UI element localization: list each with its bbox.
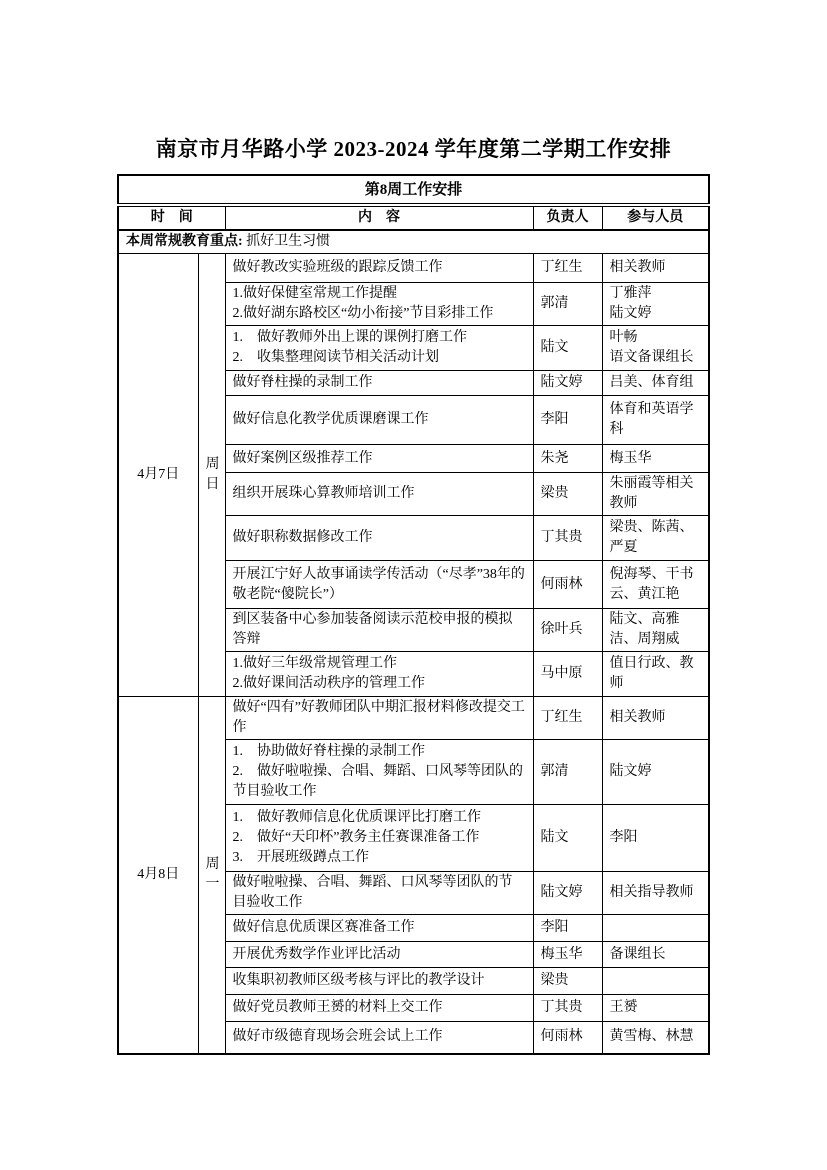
responsible-cell: 陆文 [533,805,602,872]
participants-cell: 相关教师 [602,254,709,283]
responsible-cell: 梁贵 [533,968,602,995]
column-header-responsible: 负责人 [533,205,602,230]
participants-cell: 黄雪梅、林慧 [602,1022,709,1054]
task-cell: 做好教改实验班级的跟踪反馈工作 [225,254,533,283]
task-cell: 做好“四有”好教师团队中期汇报材料修改提交工作 [225,697,533,740]
date-cell: 4月8日 [118,697,198,1054]
weekly-focus-text: 抓好卫生习惯 [246,234,330,249]
responsible-cell: 郭清 [533,283,602,326]
responsible-cell: 陆文婷 [533,872,602,915]
task-cell: 做好党员教师王赟的材料上交工作 [225,995,533,1022]
task-cell: 做好信息优质课区赛准备工作 [225,915,533,942]
task-cell: 到区装备中心参加装备阅读示范校申报的模拟答辩 [225,609,533,652]
responsible-cell: 徐叶兵 [533,609,602,652]
responsible-cell: 李阳 [533,915,602,942]
responsible-cell: 梅玉华 [533,942,602,968]
responsible-cell: 李阳 [533,396,602,445]
weekly-schedule-table: 第8周工作安排 时 间 内 容 负责人 参与人员 本周常规教育重点: 抓好卫生习… [117,174,710,1055]
task-cell: 开展优秀数学作业评比活动 [225,942,533,968]
participants-cell: 梁贵、陈茜、严夏 [602,516,709,561]
participants-cell: 陆文婷 [602,740,709,805]
weekday-cell: 周 一 [198,697,225,1054]
task-cell: 1. 做好教师外出上课的课例打磨工作 2. 收集整理阅读节相关活动计划 [225,326,533,371]
participants-cell: 相关指导教师 [602,872,709,915]
responsible-cell: 丁其贵 [533,516,602,561]
responsible-cell: 陆文 [533,326,602,371]
task-row: 4月7日 周 日 做好教改实验班级的跟踪反馈工作 丁红生 相关教师 [118,254,709,283]
responsible-cell: 丁红生 [533,254,602,283]
participants-cell: 吕美、体育组 [602,371,709,396]
task-row: 4月8日 周 一 做好“四有”好教师团队中期汇报材料修改提交工作 丁红生 相关教… [118,697,709,740]
task-cell: 做好案例区级推荐工作 [225,445,533,473]
responsible-cell: 陆文婷 [533,371,602,396]
participants-cell [602,915,709,942]
weekly-focus-cell: 本周常规教育重点: 抓好卫生习惯 [118,230,709,254]
page-title: 南京市月华路小学 2023-2024 学年度第二学期工作安排 [0,0,827,174]
responsible-cell: 丁其贵 [533,995,602,1022]
column-header-time: 时 间 [118,205,225,230]
participants-cell: 朱丽霞等相关教师 [602,473,709,516]
date-cell: 4月7日 [118,254,198,697]
participants-cell: 王赟 [602,995,709,1022]
participants-cell: 李阳 [602,805,709,872]
participants-cell: 备课组长 [602,942,709,968]
task-cell: 做好市级德育现场会班会试上工作 [225,1022,533,1054]
task-cell: 1. 做好教师信息化优质课评比打磨工作 2. 做好“天印杯”教务主任赛课准备工作… [225,805,533,872]
participants-cell: 叶畅 语文备课组长 [602,326,709,371]
responsible-cell: 马中原 [533,652,602,697]
participants-cell: 体育和英语学科 [602,396,709,445]
task-cell: 1.做好三年级常规管理工作 2.做好课间活动秩序的管理工作 [225,652,533,697]
responsible-cell: 何雨林 [533,561,602,609]
task-cell: 收集职初教师区级考核与评比的教学设计 [225,968,533,995]
task-cell: 组织开展珠心算教师培训工作 [225,473,533,516]
task-cell: 1. 协助做好脊柱操的录制工作 2. 做好啦啦操、合唱、舞蹈、口风琴等团队的节目… [225,740,533,805]
column-header-participants: 参与人员 [602,205,709,230]
task-cell: 开展江宁好人故事诵读学传活动（“尽孝”38年的敬老院“傻院长”） [225,561,533,609]
task-cell: 做好职称数据修改工作 [225,516,533,561]
weekday-cell: 周 日 [198,254,225,697]
responsible-cell: 郭清 [533,740,602,805]
column-header-row: 时 间 内 容 负责人 参与人员 [118,205,709,230]
participants-cell: 丁雅萍 陆文婷 [602,283,709,326]
task-cell: 做好信息化教学优质课磨课工作 [225,396,533,445]
participants-cell: 梅玉华 [602,445,709,473]
weekly-focus-row: 本周常规教育重点: 抓好卫生习惯 [118,230,709,254]
participants-cell: 值日行政、教师 [602,652,709,697]
table-title: 第8周工作安排 [118,175,709,205]
participants-cell: 倪海琴、干书云、黄江艳 [602,561,709,609]
weekly-focus-label: 本周常规教育重点: [126,234,243,249]
table-title-row: 第8周工作安排 [118,175,709,205]
responsible-cell: 朱尧 [533,445,602,473]
responsible-cell: 梁贵 [533,473,602,516]
column-header-content: 内 容 [225,205,533,230]
participants-cell [602,968,709,995]
task-cell: 做好脊柱操的录制工作 [225,371,533,396]
participants-cell: 相关教师 [602,697,709,740]
task-cell: 做好啦啦操、合唱、舞蹈、口风琴等团队的节目验收工作 [225,872,533,915]
responsible-cell: 何雨林 [533,1022,602,1054]
participants-cell: 陆文、高雅洁、周翔威 [602,609,709,652]
task-cell: 1.做好保健室常规工作提醒 2.做好湖东路校区“幼小衔接”节目彩排工作 [225,283,533,326]
responsible-cell: 丁红生 [533,697,602,740]
